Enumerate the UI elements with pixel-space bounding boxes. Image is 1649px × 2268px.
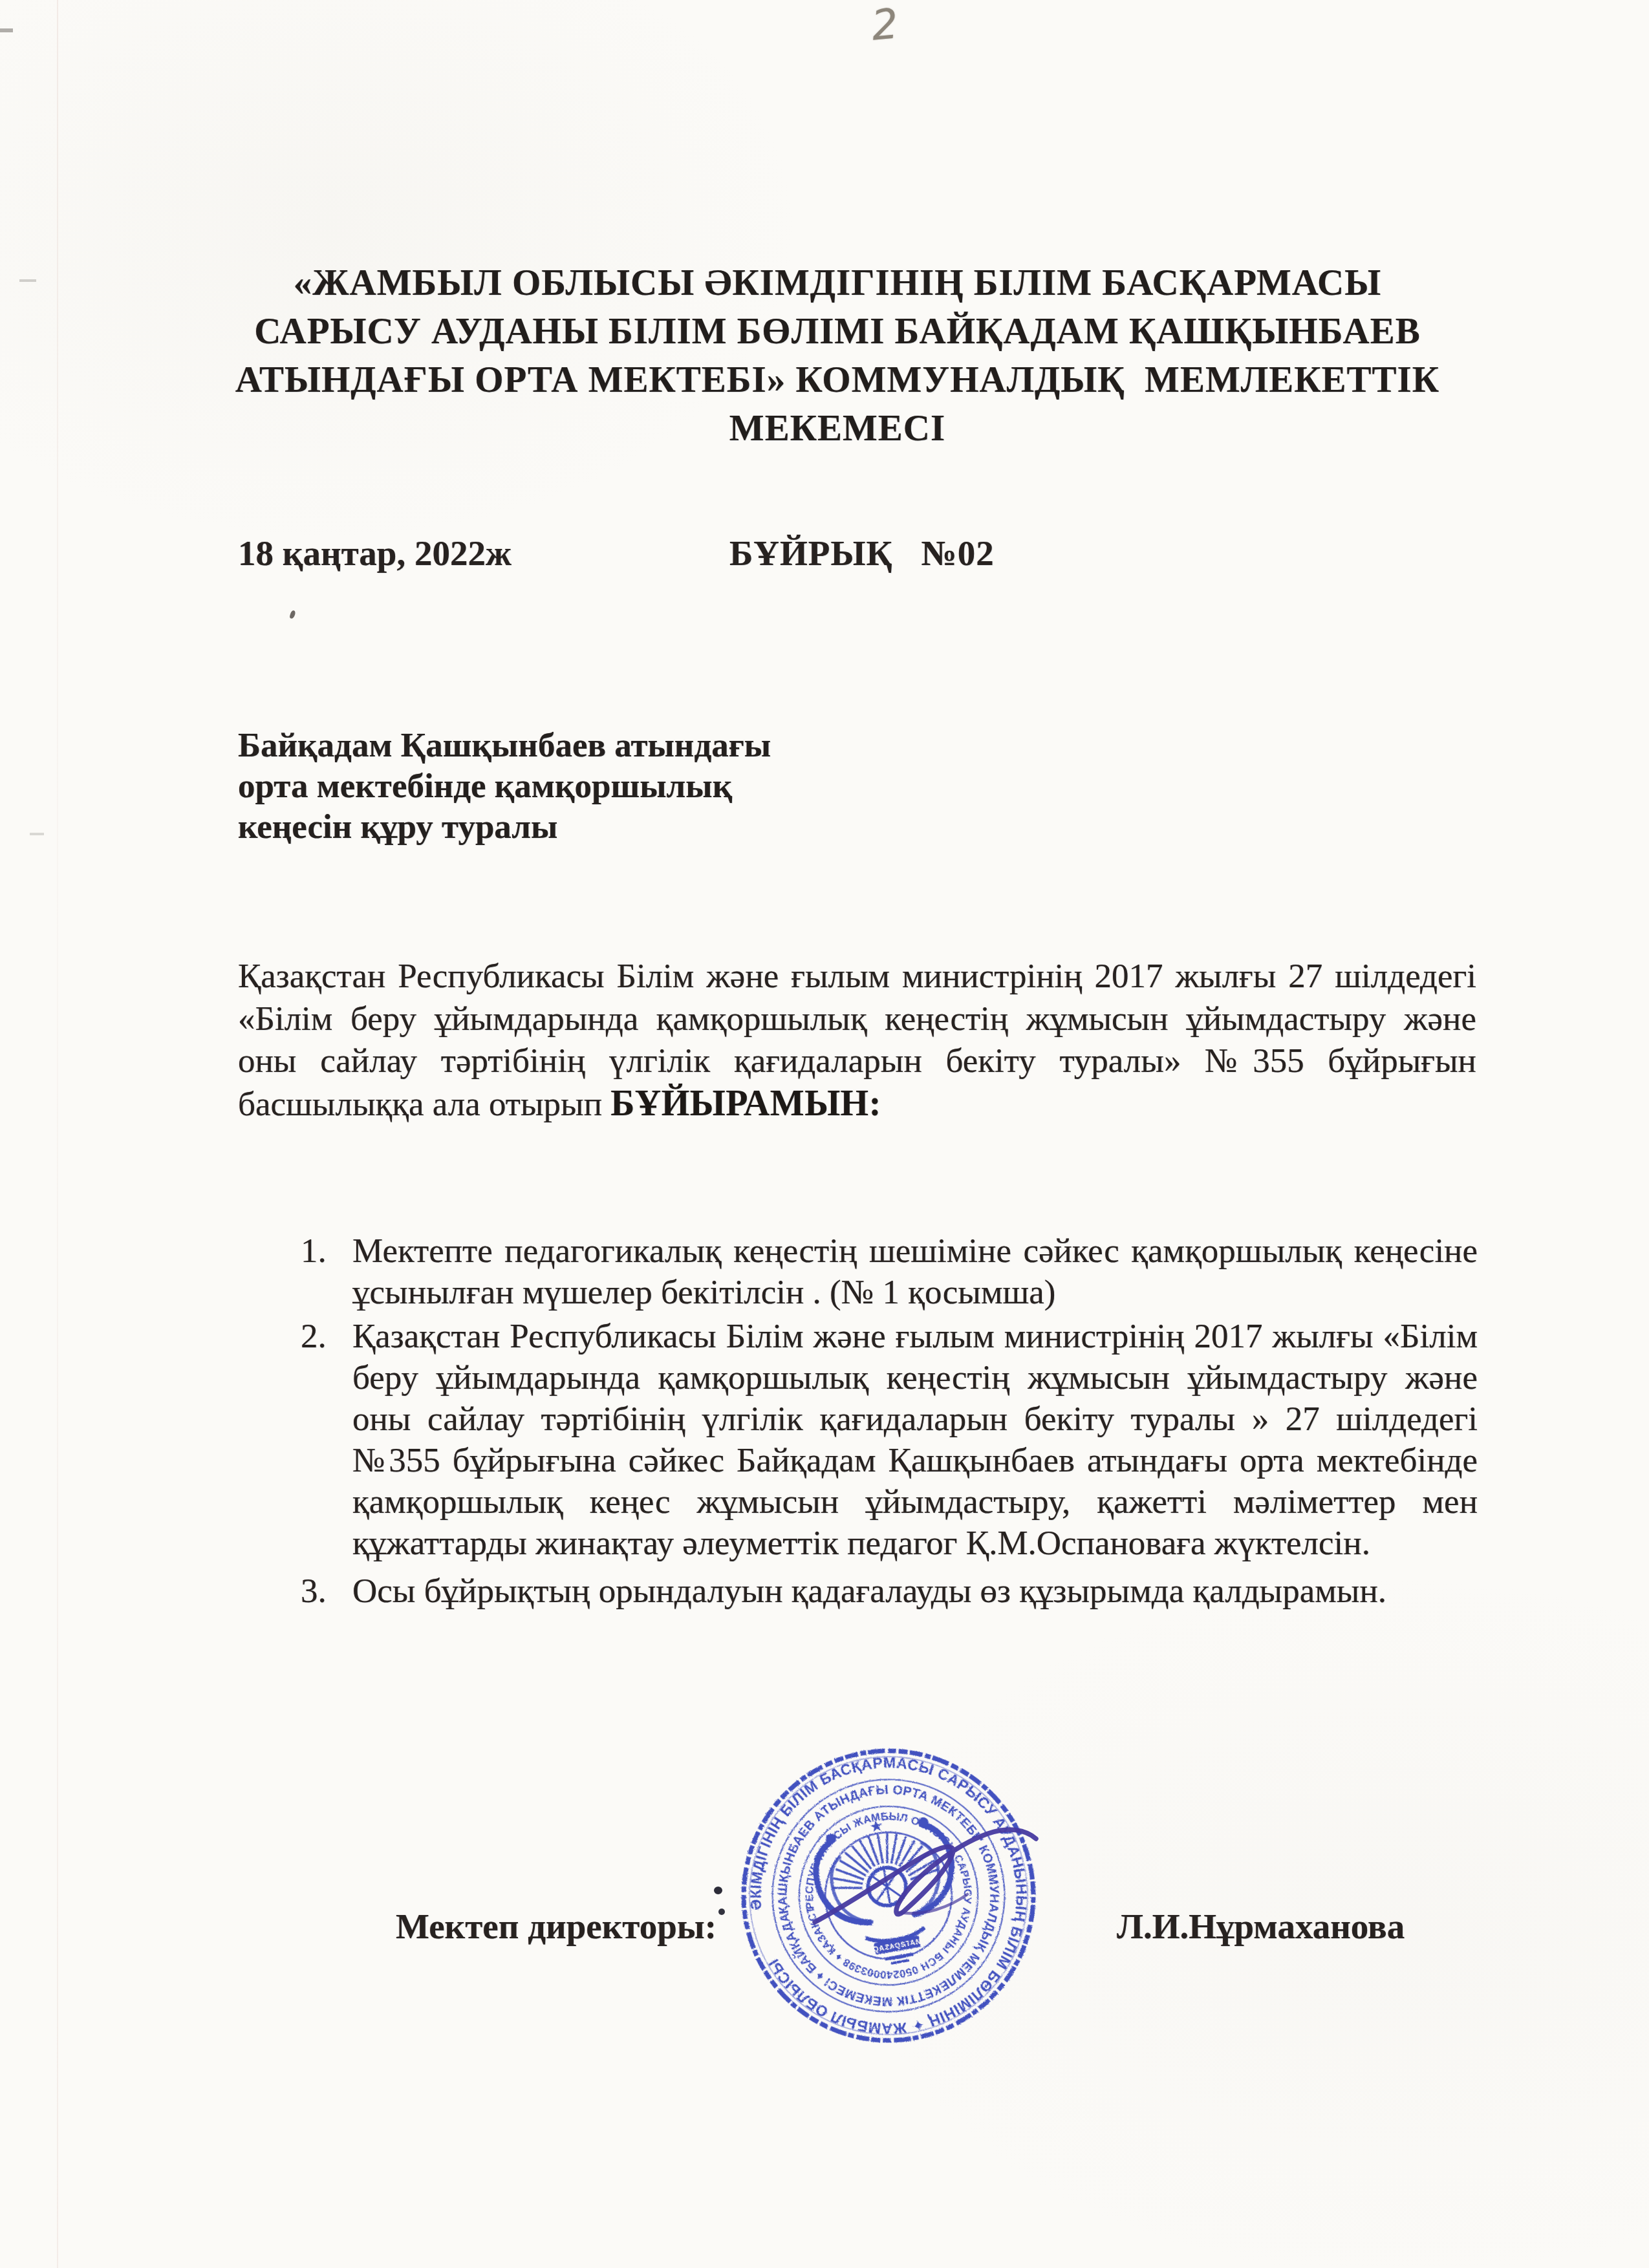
handwritten-page-number: 2: [870, 0, 900, 50]
item-number: 1.: [301, 1230, 327, 1272]
scan-speck: [30, 833, 44, 835]
order-date: 18 қаңтар, 2022ж: [238, 533, 512, 573]
subject-line: кеңесін құру туралы: [238, 807, 1014, 848]
director-signature: [795, 1803, 1067, 1951]
scanned-order-document: 2 «ЖАМБЫЛ ОБЛЫСЫ ӘКІМДІГІНІҢ БІЛІМ БАСҚА…: [0, 0, 1649, 2268]
order-number-title: БҰЙРЫҚ №02: [729, 533, 995, 573]
signer-role-label: Мектеп директоры:: [396, 1906, 717, 1947]
order-preamble: Қазақстан Республикасы Білім және ғылым …: [238, 956, 1476, 1126]
resolution-word: БҰЙЫРАМЫН: [610, 1084, 868, 1124]
ink-speck: [714, 1887, 722, 1894]
scan-speck: [0, 28, 13, 32]
order-subject: Байқадам Қашқынбаев атындағы орта мектеб…: [238, 725, 1014, 848]
header-line: МЕКЕМЕСІ: [194, 404, 1481, 453]
scan-edge-artifact: [57, 0, 58, 2268]
subject-line: Байқадам Қашқынбаев атындағы: [238, 725, 1014, 766]
header-line: АТЫНДАҒЫ ОРТА МЕКТЕБІ» КОММУНАЛДЫҚ МЕМЛЕ…: [194, 356, 1481, 404]
order-items-list: 1. Мектепте педагогикалық кеңестің шешім…: [301, 1230, 1478, 1614]
order-item-3: 3. Осы бұйрықтың орындалуын қадағалауды …: [301, 1570, 1478, 1612]
signer-name: Л.И.Нұрмаханова: [1117, 1906, 1405, 1947]
scan-speck: [289, 610, 296, 619]
order-item-2: 2. Қазақстан Республикасы Білім және ғыл…: [301, 1316, 1478, 1564]
item-number: 3.: [301, 1570, 327, 1612]
subject-line: орта мектебінде қамқоршылық: [238, 766, 1014, 807]
header-line: «ЖАМБЫЛ ОБЛЫСЫ ӘКІМДІГІНІҢ БІЛІМ БАСҚАРМ…: [194, 259, 1481, 307]
organization-header: «ЖАМБЫЛ ОБЛЫСЫ ӘКІМДІГІНІҢ БІЛІМ БАСҚАРМ…: [194, 259, 1481, 453]
emblem-base-dash: [891, 1960, 909, 1963]
item-text: Мектепте педагогикалық кеңестің шешіміне…: [352, 1232, 1478, 1311]
signature-stroke: [815, 1830, 1036, 1922]
item-number: 2.: [301, 1316, 327, 1357]
scan-speck: [19, 279, 36, 282]
item-text: Осы бұйрықтың орындалуын қадағалауды өз …: [352, 1572, 1386, 1610]
header-line: САРЫСУ АУДАНЫ БІЛІМ БӨЛІМІ БАЙҚАДАМ ҚАШҚ…: [194, 307, 1481, 356]
order-meta-row: 18 қаңтар, 2022ж БҰЙРЫҚ №02: [0, 533, 1649, 584]
order-item-1: 1. Мектепте педагогикалық кеңестің шешім…: [301, 1230, 1478, 1313]
resolution-colon: :: [869, 1084, 881, 1124]
item-text: Қазақстан Республикасы Білім және ғылым …: [352, 1318, 1478, 1562]
ink-speck: [718, 1909, 725, 1915]
